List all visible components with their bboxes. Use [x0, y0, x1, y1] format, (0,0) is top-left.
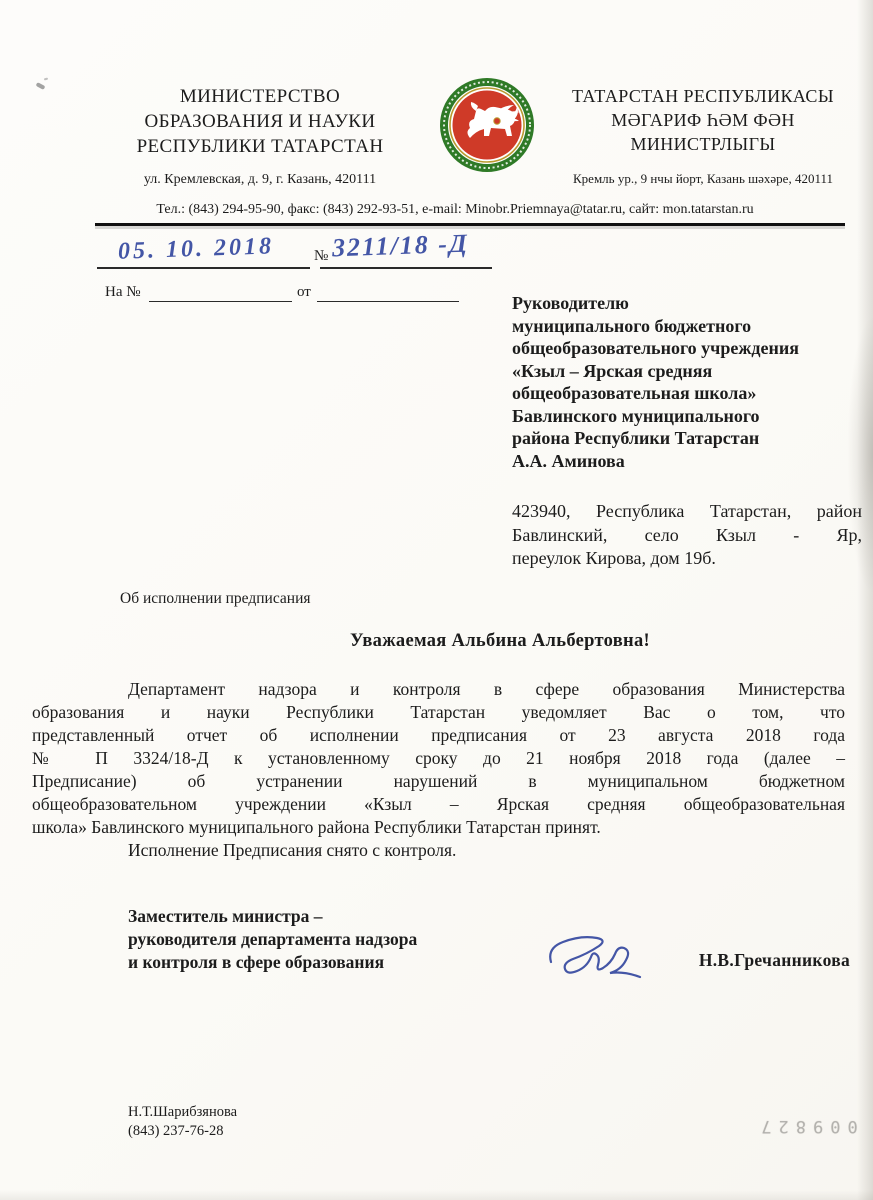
faint-stamp-number: 009827: [748, 1116, 864, 1136]
signer-title-line: руководителя департамента надзора: [128, 928, 417, 951]
body-line: № П 3324/18-Д к установленному сроку до …: [32, 747, 845, 770]
recipient-address: 423940, Республика Татарстан, район Бавл…: [512, 500, 862, 571]
reply-number-blank: [149, 301, 292, 302]
scan-bottom-shadow: [0, 1190, 873, 1200]
recipient-line: общеобразовательного учреждения: [512, 337, 862, 360]
body-line: Предписание) об устранении нарушений в м…: [32, 770, 845, 793]
signer-title-line: и контроля в сфере образования: [128, 951, 417, 974]
org-name-line: МИНИСТРЛЫГЫ: [543, 132, 863, 156]
body-line: Исполнение Предписания снято с контроля.: [32, 839, 845, 862]
executor-name: Н.Т.Шарибзянова: [128, 1103, 237, 1122]
handwritten-outgoing-number: 3211/18 -Д: [332, 229, 470, 264]
letter-body: Департамент надзора и контроля в сфере о…: [32, 678, 845, 862]
recipient-address-line: Бавлинский, село Кзыл - Яр,: [512, 524, 862, 548]
recipient-line: «Кзыл – Ярская средняя: [512, 360, 862, 383]
reply-date-blank: [317, 301, 459, 302]
org-address: ул. Кремлевская, д. 9, г. Казань, 420111: [92, 172, 428, 188]
recipient-line: района Республики Татарстан: [512, 427, 862, 450]
recipient-line: Бавлинского муниципального: [512, 405, 862, 428]
executor-phone: (843) 237-76-28: [128, 1122, 237, 1141]
org-name-line: ТАТАРСТАН РЕСПУБЛИКАСЫ: [543, 84, 863, 108]
org-address: Кремль ур., 9 нчы йорт, Казань шәхәре, 4…: [543, 171, 863, 187]
org-name-line: ОБРАЗОВАНИЯ И НАУКИ: [92, 109, 428, 134]
executor-block: Н.Т.Шарибзянова (843) 237-76-28: [128, 1103, 237, 1141]
body-line: образования и науки Республики Татарстан…: [32, 701, 845, 724]
org-name-line: МӘГАРИФ ҺӘМ ФӘН: [543, 108, 863, 132]
body-line: общеобразовательном учреждении «Кзыл – Я…: [32, 793, 845, 816]
recipient-line: муниципального бюджетного: [512, 315, 862, 338]
recipient-address-line: 423940, Республика Татарстан, район: [512, 500, 862, 524]
scan-speck: [36, 82, 46, 90]
body-line: школа» Бавлинского муниципального района…: [32, 816, 845, 839]
body-line: Департамент надзора и контроля в сфере о…: [32, 678, 845, 701]
header-divider: [95, 223, 845, 226]
scanned-letter-page: МИНИСТЕРСТВО ОБРАЗОВАНИЯ И НАУКИ РЕСПУБЛ…: [0, 0, 873, 1200]
body-line: представленный отчет об исполнении предп…: [32, 724, 845, 747]
scan-speck: [44, 78, 48, 81]
reply-to-number-label: На №: [105, 284, 141, 301]
salutation: Уважаемая Альбина Альбертовна!: [140, 631, 860, 652]
date-underline: [97, 267, 310, 269]
signer-name: Н.В.Гречанникова: [640, 950, 850, 971]
contact-line: Тел.: (843) 294-95-90, факс: (843) 292-9…: [60, 202, 850, 218]
tatarstan-emblem-icon: [440, 78, 534, 179]
recipient-line: Руководителю: [512, 292, 862, 315]
letterhead-russian: МИНИСТЕРСТВО ОБРАЗОВАНИЯ И НАУКИ РЕСПУБЛ…: [92, 84, 428, 188]
handwritten-signature: [545, 922, 645, 989]
number-underline: [320, 267, 492, 269]
subject-line: Об исполнении предписания: [120, 590, 311, 608]
number-sign-label: №: [314, 248, 328, 265]
reply-from-label: от: [297, 284, 311, 301]
org-name-line: РЕСПУБЛИКИ ТАТАРСТАН: [92, 134, 428, 159]
org-name-line: МИНИСТЕРСТВО: [92, 84, 428, 109]
recipient-block: Руководителю муниципального бюджетного о…: [512, 292, 862, 472]
recipient-line: общеобразовательная школа»: [512, 382, 862, 405]
recipient-address-line: переулок Кирова, дом 19б.: [512, 547, 862, 571]
handwritten-date: 05. 10. 2018: [118, 233, 275, 265]
letterhead-tatar: ТАТАРСТАН РЕСПУБЛИКАСЫ МӘГАРИФ ҺӘМ ФӘН М…: [543, 84, 863, 187]
signer-title: Заместитель министра – руководителя депа…: [128, 905, 417, 974]
signer-title-line: Заместитель министра –: [128, 905, 417, 928]
recipient-line: А.А. Аминова: [512, 450, 862, 473]
